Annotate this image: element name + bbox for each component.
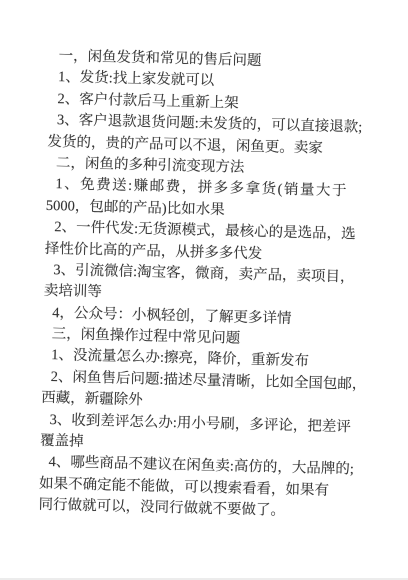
document-page: 一，闲鱼发货和常见的售后问题 1、发货:找上家发就可以 2、客户付款后马上重新上…	[0, 0, 408, 580]
text-block: 一，闲鱼发货和常见的售后问题 1、发货:找上家发就可以 2、客户付款后马上重新上…	[47, 46, 378, 524]
